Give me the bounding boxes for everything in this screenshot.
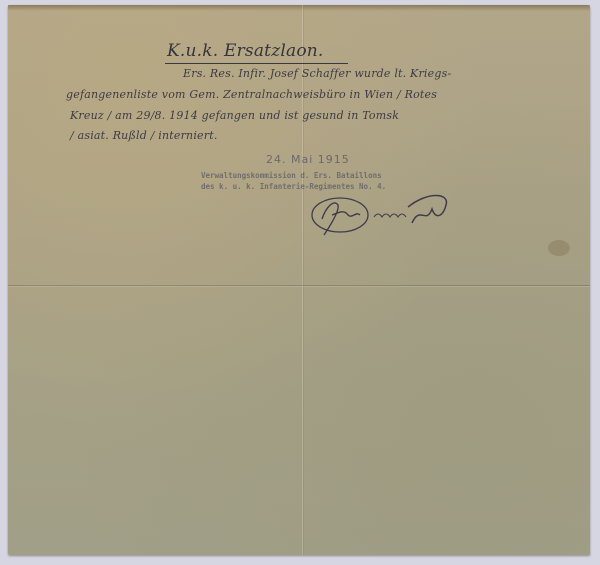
document-paper: K.u.k. Ersatzlaon. Ers. Res. Infir. Jose… xyxy=(8,5,590,555)
body-line-1: Ers. Res. Infir. Josef Schaffer wurde lt… xyxy=(183,67,451,80)
body-line-4: / asiat. Rußld / interniert. xyxy=(70,129,218,142)
signature-icon xyxy=(308,185,468,245)
body-line-3: Kreuz / am 29/8. 1914 gefangen und ist g… xyxy=(70,109,399,122)
stamp-line-1: Verwaltungskommission d. Ers. Bataillons xyxy=(201,171,382,180)
horizontal-fold xyxy=(8,285,590,287)
paper-stain xyxy=(548,240,570,256)
body-line-2: gefangenenliste vom Gem. Zentralnachweis… xyxy=(66,88,437,101)
document-title: K.u.k. Ersatzlaon. xyxy=(165,41,348,64)
stamp-date: 24. Mai 1915 xyxy=(266,153,350,166)
